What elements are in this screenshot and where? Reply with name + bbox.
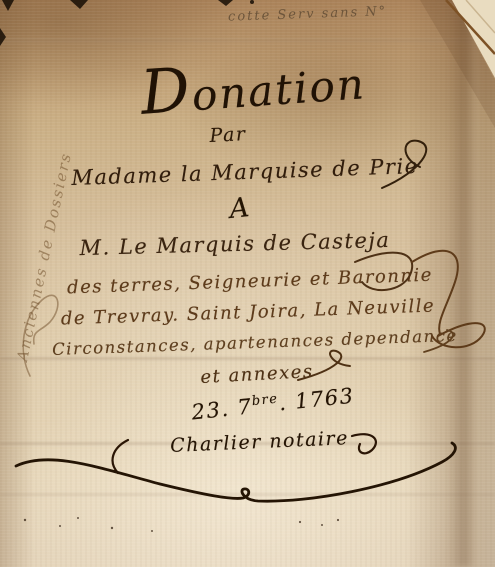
line-par: Par [182,122,273,149]
date-month-superscript: bre [251,391,279,409]
line-a: A [209,190,272,227]
fold-crease-top [0,38,495,43]
manuscript-photo: cotte Serv sans N° Anciennes de Dossiers… [0,0,495,567]
right-fold-shadow [449,0,479,567]
fold-crease-bottom [0,492,495,497]
